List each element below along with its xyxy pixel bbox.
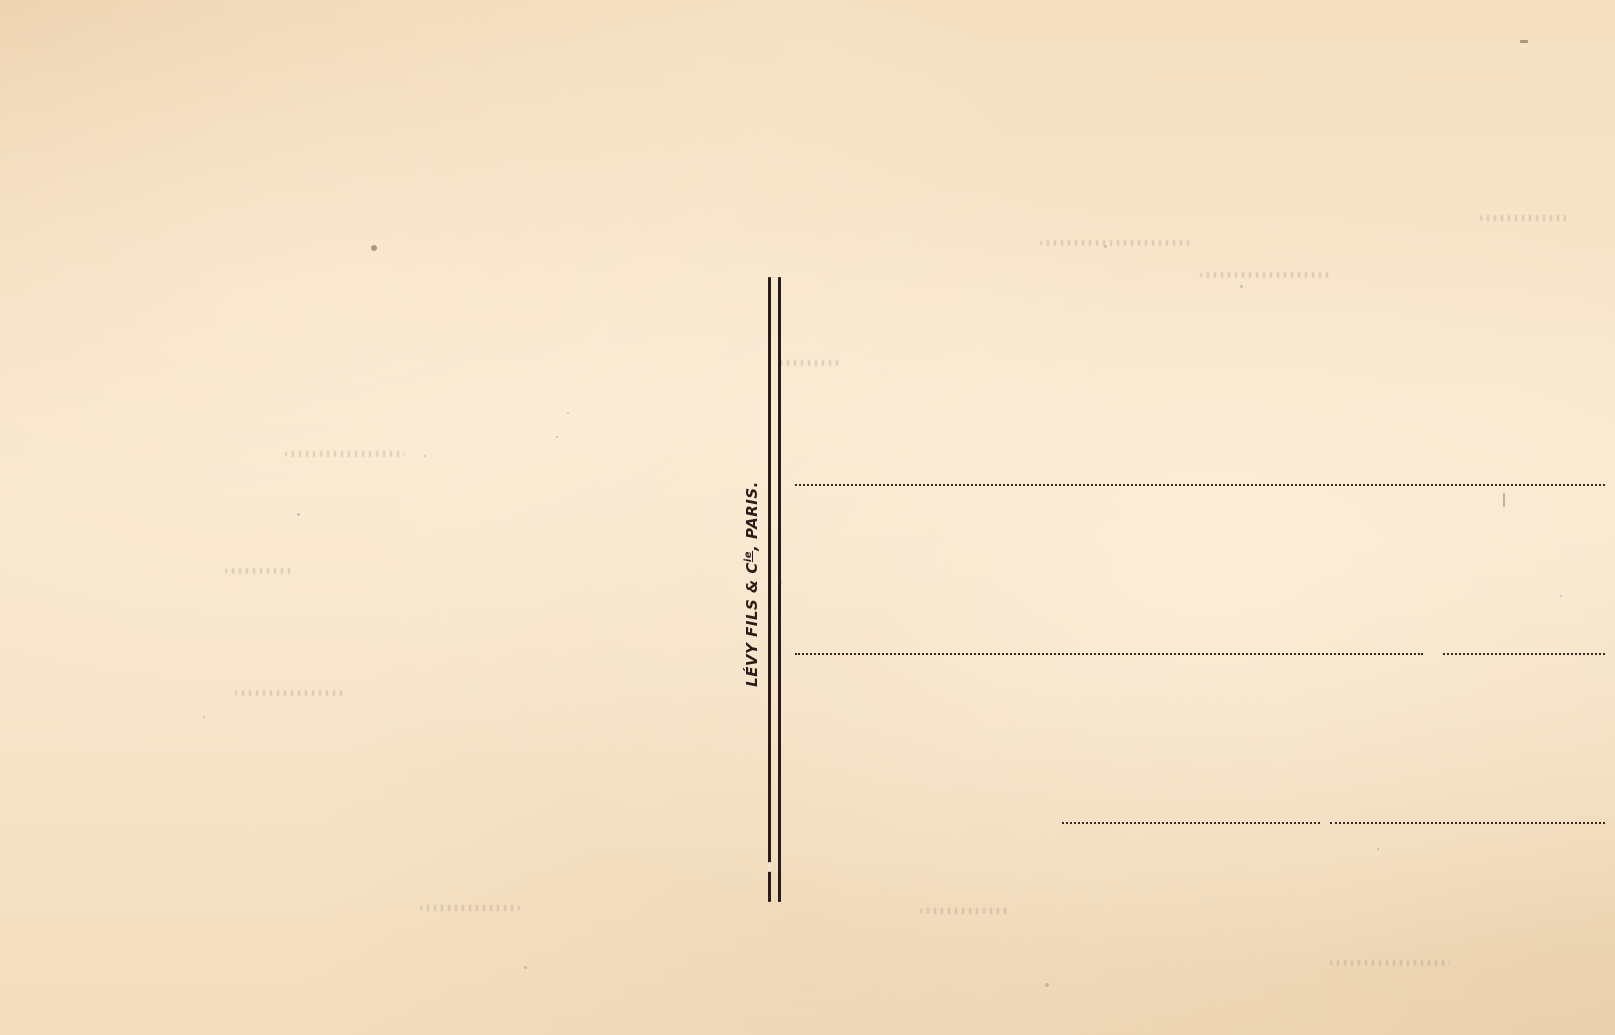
paper-smudge bbox=[920, 908, 1010, 914]
postcard-back: LÉVY FILS & Cie, PARIS. bbox=[0, 0, 1615, 1035]
paper-smudge bbox=[1480, 215, 1570, 221]
paper-smudge bbox=[420, 905, 520, 911]
paper-smudge bbox=[285, 451, 405, 457]
paper-smudge bbox=[1040, 240, 1190, 246]
divider-line-right bbox=[778, 277, 781, 902]
imprint-main-text: LÉVY FILS & C bbox=[743, 562, 761, 687]
imprint-superscript: ie bbox=[743, 551, 754, 562]
imprint-tail-text: , PARIS. bbox=[743, 481, 761, 551]
address-line-2-continuation bbox=[1443, 653, 1605, 655]
address-line-2 bbox=[795, 653, 1423, 655]
paper-smudge bbox=[225, 568, 295, 574]
paper-smudge bbox=[1200, 272, 1330, 278]
divider-line-left bbox=[768, 277, 771, 902]
divider-line-gap bbox=[768, 862, 771, 872]
paper-smudge bbox=[780, 360, 840, 366]
paper-smudge bbox=[235, 690, 345, 696]
address-line-3 bbox=[1062, 822, 1320, 824]
address-line-1 bbox=[795, 484, 1605, 486]
publisher-imprint: LÉVY FILS & Cie, PARIS. bbox=[743, 481, 761, 687]
paper-smudge bbox=[1330, 960, 1450, 966]
address-line-3-continuation bbox=[1330, 822, 1605, 824]
